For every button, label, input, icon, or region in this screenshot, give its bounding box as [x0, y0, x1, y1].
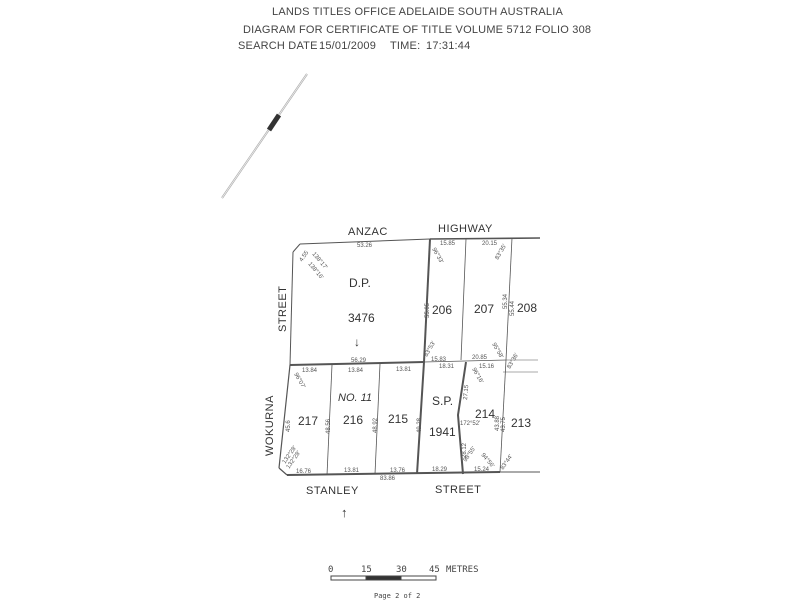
scale-unit: METRES — [446, 565, 479, 575]
svg-text:43.75: 43.75 — [501, 416, 507, 432]
street-west-upper: STREET — [277, 286, 289, 332]
street-anzac: ANZAC — [348, 226, 388, 238]
arrow-up-icon: ↑ — [341, 505, 348, 520]
svg-text:15.83: 15.83 — [431, 357, 447, 363]
svg-text:96°07': 96°07' — [292, 372, 306, 390]
svg-text:48.56: 48.56 — [326, 418, 332, 434]
svg-text:13.81: 13.81 — [344, 468, 360, 474]
page-number: Page 2 of 2 — [374, 592, 420, 600]
lot-213: 213 — [511, 416, 531, 430]
scale-tick-45: 45 — [429, 565, 440, 575]
svg-text:55.34: 55.34 — [503, 293, 509, 309]
no-11-label: NO. 11 — [338, 392, 372, 404]
svg-text:13.76: 13.76 — [390, 468, 406, 474]
svg-text:27.15: 27.15 — [463, 384, 470, 400]
svg-text:20.15: 20.15 — [482, 241, 498, 247]
lot-216: 216 — [343, 413, 363, 427]
lot-215: 215 — [388, 412, 408, 426]
svg-text:15.16: 15.16 — [479, 364, 495, 370]
svg-text:96°33': 96°33' — [430, 247, 444, 265]
scale-tick-0: 0 — [328, 565, 333, 575]
title-diagram: ANZAC HIGHWAY STREET WOKURNA STANLEY STR… — [0, 0, 800, 600]
svg-text:83.86: 83.86 — [380, 476, 396, 482]
lot-206: 206 — [432, 303, 452, 317]
svg-text:53.26: 53.26 — [357, 243, 373, 249]
svg-text:55.44: 55.44 — [510, 300, 516, 316]
svg-text:49.28: 49.28 — [417, 417, 423, 433]
lot-208: 208 — [517, 301, 537, 315]
north-arrow-icon — [222, 74, 307, 198]
sp-number: 1941 — [429, 425, 456, 439]
svg-text:15.85: 15.85 — [440, 241, 456, 247]
svg-text:13.84: 13.84 — [302, 368, 318, 374]
svg-text:83°44': 83°44' — [500, 454, 515, 471]
svg-text:13.84: 13.84 — [348, 368, 364, 374]
svg-text:45.6: 45.6 — [286, 420, 292, 432]
svg-text:172°52': 172°52' — [460, 421, 480, 427]
lot-207: 207 — [474, 302, 494, 316]
svg-text:56.29: 56.29 — [351, 358, 367, 364]
street-highway: HIGHWAY — [438, 223, 493, 235]
svg-text:95°58': 95°58' — [490, 342, 504, 360]
lot-217: 217 — [298, 414, 318, 428]
svg-text:16.76: 16.76 — [296, 469, 312, 475]
svg-text:13.81: 13.81 — [396, 367, 412, 373]
scale-tick-30: 30 — [396, 565, 407, 575]
svg-text:18.31: 18.31 — [439, 364, 455, 370]
dimension-labels: 53.26 15.85 20.15 4.55 138°17' 138°16' 9… — [282, 241, 520, 482]
scale-bar: 0 15 30 45 METRES — [328, 565, 479, 580]
svg-text:18.29: 18.29 — [432, 467, 448, 473]
svg-text:20.85: 20.85 — [472, 355, 488, 361]
street-wokurna: WOKURNA — [264, 395, 276, 456]
svg-text:55.05: 55.05 — [425, 302, 431, 318]
street-stanley: STANLEY — [306, 485, 359, 497]
dp-number: 3476 — [348, 311, 375, 325]
arrow-down-icon: ↓ — [354, 335, 360, 349]
svg-text:83°36': 83°36' — [507, 352, 521, 370]
scale-tick-15: 15 — [361, 565, 372, 575]
lot-214: 214 — [475, 407, 495, 421]
svg-text:15.24: 15.24 — [474, 467, 490, 473]
svg-text:4.55: 4.55 — [299, 250, 311, 264]
dp-label: D.P. — [349, 276, 371, 290]
street-south: STREET — [435, 484, 481, 496]
svg-text:48.92: 48.92 — [373, 417, 379, 433]
sp-label: S.P. — [432, 394, 453, 408]
